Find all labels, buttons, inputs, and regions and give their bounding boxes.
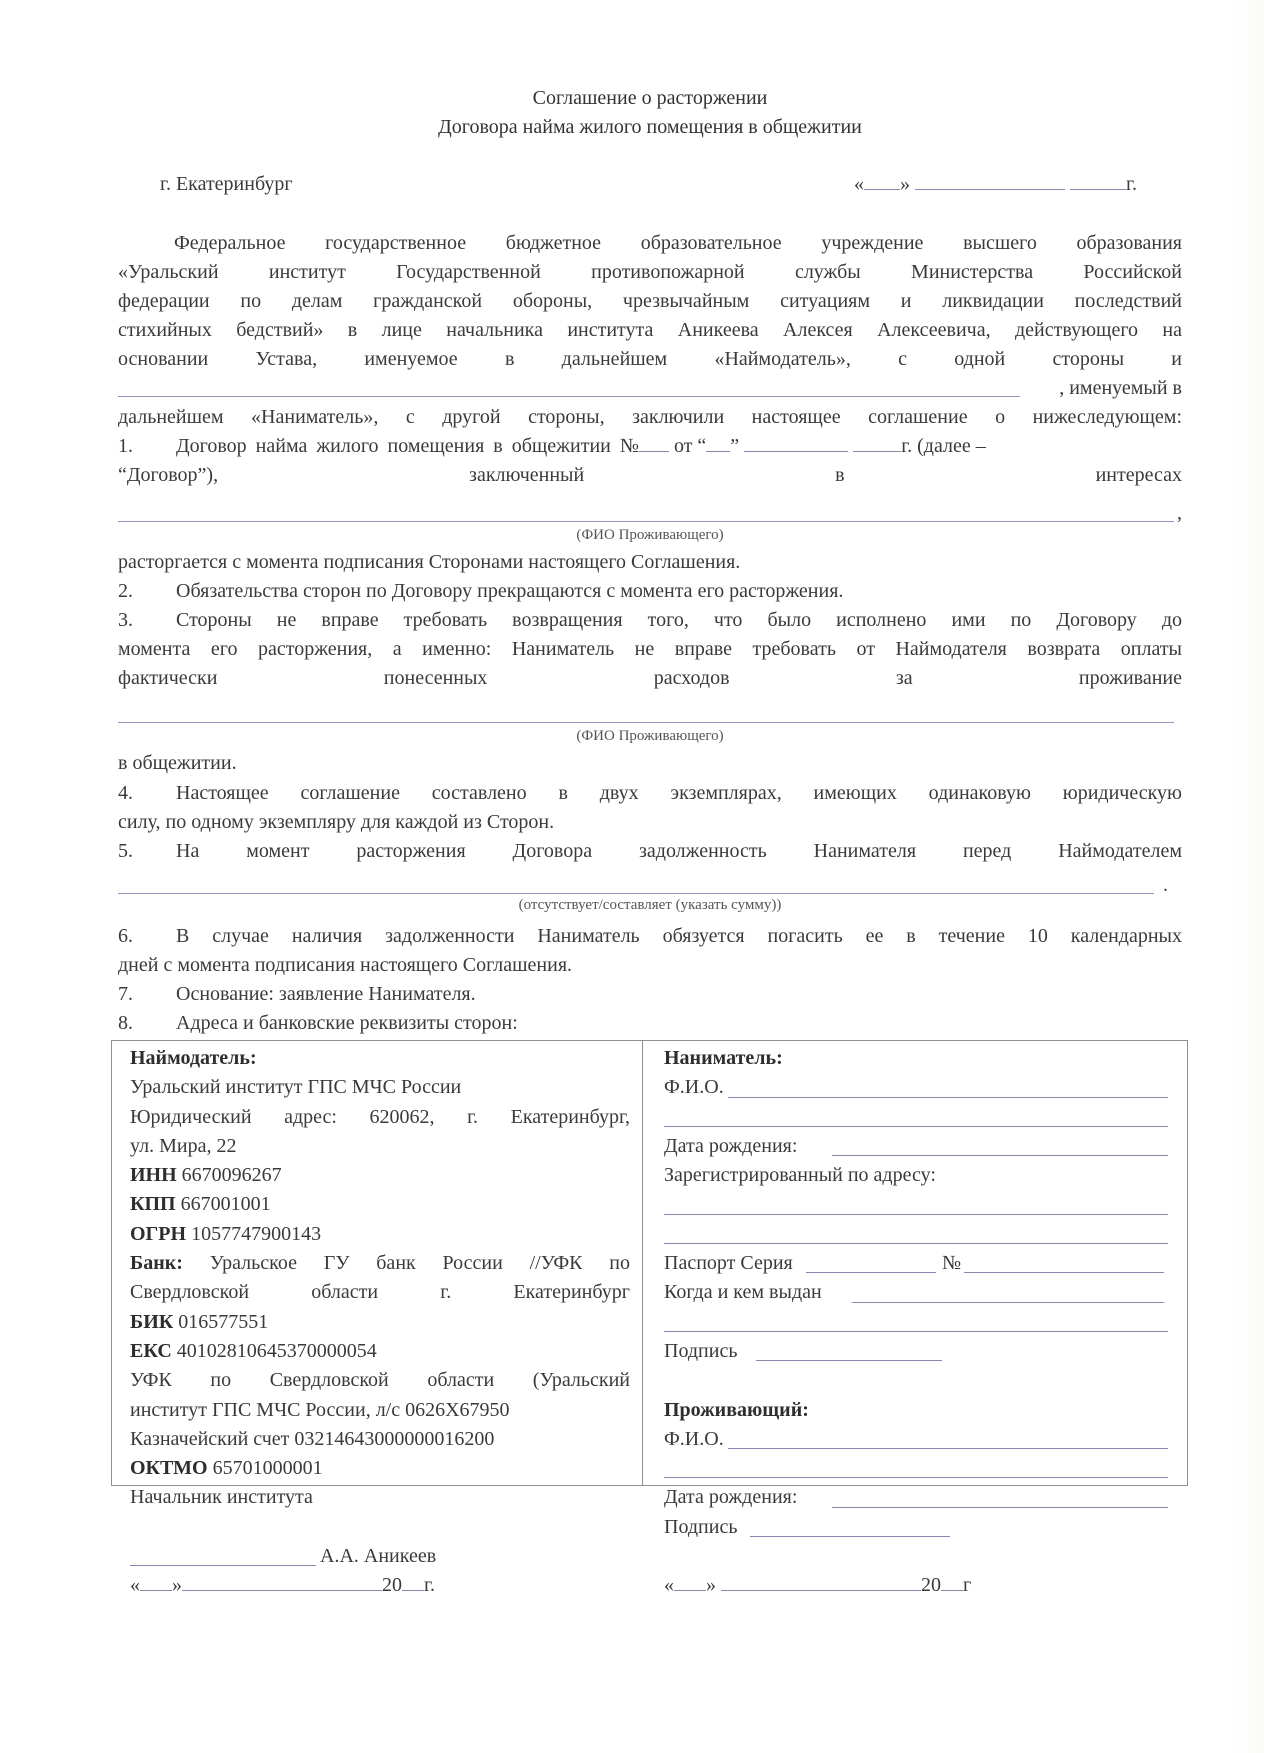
day-blank[interactable] xyxy=(864,171,900,190)
landlord-oktmo: ОКТМО 65701000001 xyxy=(130,1454,630,1483)
year-blank[interactable] xyxy=(1070,171,1126,190)
passport-number-blank[interactable] xyxy=(964,1272,1164,1273)
landlord-kpp: КПП 667001001 xyxy=(130,1190,630,1219)
landlord-heading: Наймодатель: xyxy=(130,1047,257,1069)
tenant-fio-blank[interactable] xyxy=(728,1097,1168,1098)
landlord-name: Уральский институт ГПС МЧС России xyxy=(130,1073,630,1102)
passport-issued-blank[interactable] xyxy=(852,1302,1164,1303)
landlord-bik: БИК 016577551 xyxy=(130,1308,630,1337)
contract-day-blank[interactable] xyxy=(706,433,730,452)
field-caption: (ФИО Проживающего) xyxy=(118,728,1182,745)
contract-month-blank[interactable] xyxy=(744,433,848,452)
landlord-signature-blank[interactable] xyxy=(130,1565,316,1566)
clause-3-line4: в общежитии. xyxy=(118,749,1182,777)
landlord-ogrn: ОГРН 1057747900143 xyxy=(130,1220,630,1249)
landlord-month-blank[interactable] xyxy=(182,1572,382,1591)
landlord-column: Наймодатель: Уральский институт ГПС МЧС … xyxy=(130,1044,630,1601)
clause-5: 5.На момент расторжения Договора задолже… xyxy=(118,837,1182,865)
landlord-ufk: УФК по Свердловской области (Уральский xyxy=(130,1366,630,1395)
clause-6: 6.В случае наличия задолженности Нанимат… xyxy=(118,922,1182,950)
passport-series-blank[interactable] xyxy=(806,1272,936,1273)
landlord-address: Юридический адрес: 620062, г. Екатеринбу… xyxy=(130,1103,630,1132)
landlord-treasury-account: Казначейский счет 03214643000000016200 xyxy=(130,1425,630,1454)
field-caption: (ФИО Проживающего) xyxy=(118,527,1182,544)
resident-birth-blank[interactable] xyxy=(832,1507,1168,1508)
clause-2: 2.Обязательства сторон по Договору прекр… xyxy=(118,577,1182,605)
column-divider xyxy=(642,1041,643,1485)
resident-heading: Проживающий: xyxy=(664,1399,809,1421)
clause-3-line3: фактически понесенных расходов за прожив… xyxy=(118,664,1182,692)
clause-6-line2: дней с момента подписания настоящего Сог… xyxy=(118,951,1182,979)
preamble-line: основании Устава, именуемое в дальнейшем… xyxy=(118,345,1182,373)
clause-3: 3.Стороны не вправе требовать возвращени… xyxy=(118,606,1182,634)
landlord-year-blank[interactable] xyxy=(402,1572,424,1591)
preamble-line: Федеральное государственное бюджетное об… xyxy=(118,229,1182,257)
resident-date-row: «» 20г xyxy=(664,1571,1174,1600)
field-caption: (отсутствует/составляет (указать сумму)) xyxy=(118,897,1182,914)
date-field: «» г. xyxy=(854,170,1137,198)
tenant-heading: Наниматель: xyxy=(664,1047,783,1069)
clause-1-line4: расторгается с момента подписания Сторон… xyxy=(118,548,1182,576)
tenant-birth-blank[interactable] xyxy=(832,1155,1168,1156)
tenant-signature-blank[interactable] xyxy=(756,1360,942,1361)
month-blank[interactable] xyxy=(915,171,1065,190)
preamble-line: , именуемый в xyxy=(118,374,1182,402)
contract-year-blank[interactable] xyxy=(853,433,901,452)
preamble-line: «Уральский институт Государственной прот… xyxy=(118,258,1182,286)
resident-signature-blank[interactable] xyxy=(750,1536,950,1537)
clause-3-line2: момента его расторжения, а именно: Наним… xyxy=(118,635,1182,663)
scan-edge xyxy=(1234,0,1264,1753)
resident-month-blank[interactable] xyxy=(721,1572,921,1591)
landlord-day-blank[interactable] xyxy=(140,1572,172,1591)
landlord-bank-2: Свердловской области г. Екатеринбург xyxy=(130,1278,630,1307)
clause-1: 1.Договор найма жилого помещения в общеж… xyxy=(118,432,1182,460)
landlord-signature-row: А.А. Аникеев xyxy=(130,1542,630,1571)
tenant-address-blank-2[interactable] xyxy=(664,1243,1168,1244)
passport-issued-blank-2[interactable] xyxy=(664,1331,1168,1332)
document-title-line1: Соглашение о расторжении xyxy=(118,84,1182,112)
clause-1-line2: “Договор”), заключенный в интересах xyxy=(118,461,1182,489)
clause-7: 7.Основание: заявление Нанимателя. xyxy=(118,980,1182,1008)
clause-8: 8.Адреса и банковские реквизиты сторон: xyxy=(118,1009,1182,1037)
resident-fio-blank-2[interactable] xyxy=(664,1477,1168,1478)
resident-name-blank-2[interactable] xyxy=(118,722,1174,723)
landlord-bank: Банк: Уральское ГУ банк России //УФК по xyxy=(130,1249,630,1278)
tenant-address-blank[interactable] xyxy=(664,1214,1168,1215)
preamble-line: стихийных бедствий» в лице начальника ин… xyxy=(118,316,1182,344)
landlord-eks: ЕКС 40102810645370000054 xyxy=(130,1337,630,1366)
resident-year-blank[interactable] xyxy=(941,1572,963,1591)
landlord-date-row: «»20г. xyxy=(130,1571,630,1600)
document-title-line2: Договора найма жилого помещения в общежи… xyxy=(118,113,1182,141)
landlord-ufk-2: институт ГПС МЧС России, л/с 0626Х67950 xyxy=(130,1396,630,1425)
city-label: г. Екатеринбург xyxy=(160,170,293,198)
landlord-address-2: ул. Мира, 22 xyxy=(130,1132,630,1161)
preamble-line: федерации по делам гражданской обороны, … xyxy=(118,287,1182,315)
contract-number-blank[interactable] xyxy=(639,433,669,452)
clause-4-line2: силу, по одному экземпляру для каждой из… xyxy=(118,808,1182,836)
requisites-table: Наймодатель: Уральский институт ГПС МЧС … xyxy=(111,1040,1188,1486)
landlord-head-title: Начальник института xyxy=(130,1483,630,1512)
tenant-column: Наниматель: Ф.И.О. Дата рождения: Зареги… xyxy=(664,1044,1174,1601)
resident-fio-blank[interactable] xyxy=(728,1448,1168,1449)
resident-day-blank[interactable] xyxy=(674,1572,706,1591)
clause-4: 4.Настоящее соглашение составлено в двух… xyxy=(118,779,1182,807)
tenant-fio-blank-2[interactable] xyxy=(664,1126,1168,1127)
landlord-inn: ИНН 6670096267 xyxy=(130,1161,630,1190)
preamble-line: дальнейшем «Наниматель», с другой сторон… xyxy=(118,403,1182,431)
